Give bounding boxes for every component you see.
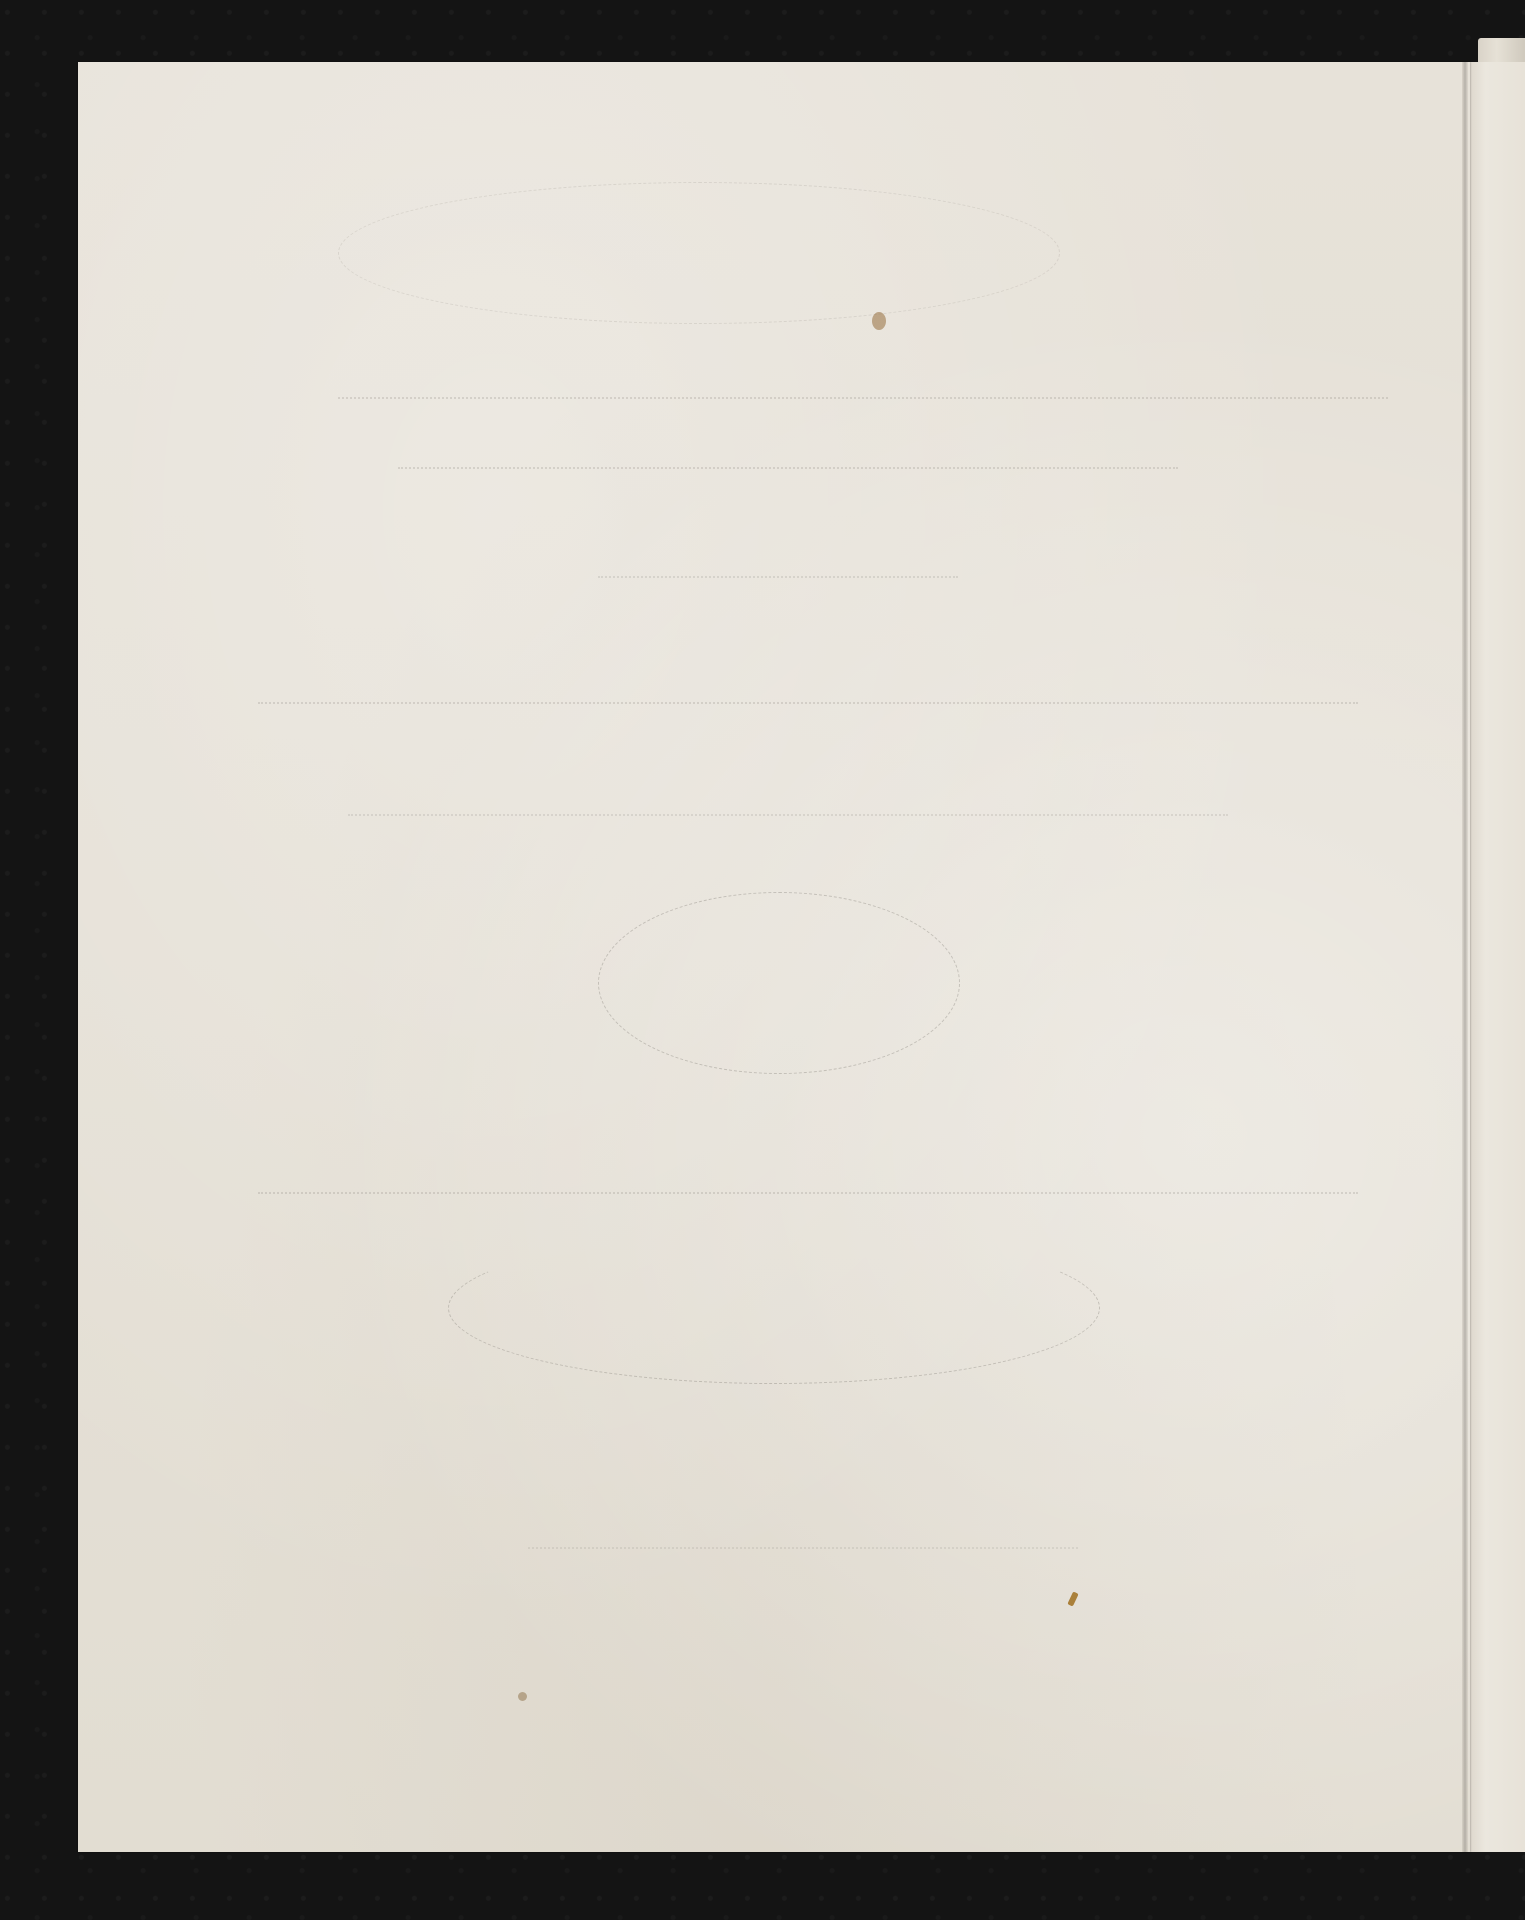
showthrough-line-3 [598,562,958,578]
rust-mark-lower-right [1067,1591,1078,1606]
showthrough-ornament-bottom [448,1232,1100,1384]
showthrough-line-5 [348,802,1228,816]
showthrough-line-1 [338,317,1388,399]
showthrough-line-7 [528,1537,1078,1549]
showthrough-ornament-arc-top [338,182,1060,324]
foxing-spot-lower-left [518,1692,527,1701]
facing-leaf-strip [1468,62,1525,1852]
showthrough-line-6 [258,1142,1358,1194]
showthrough-line-2 [398,447,1178,469]
showthrough-line-4 [258,682,1358,704]
showthrough-ornament-center [598,892,960,1074]
foxing-spot-top [872,312,886,330]
blank-verso-page [78,62,1470,1852]
binding-gutter [1462,62,1468,1852]
